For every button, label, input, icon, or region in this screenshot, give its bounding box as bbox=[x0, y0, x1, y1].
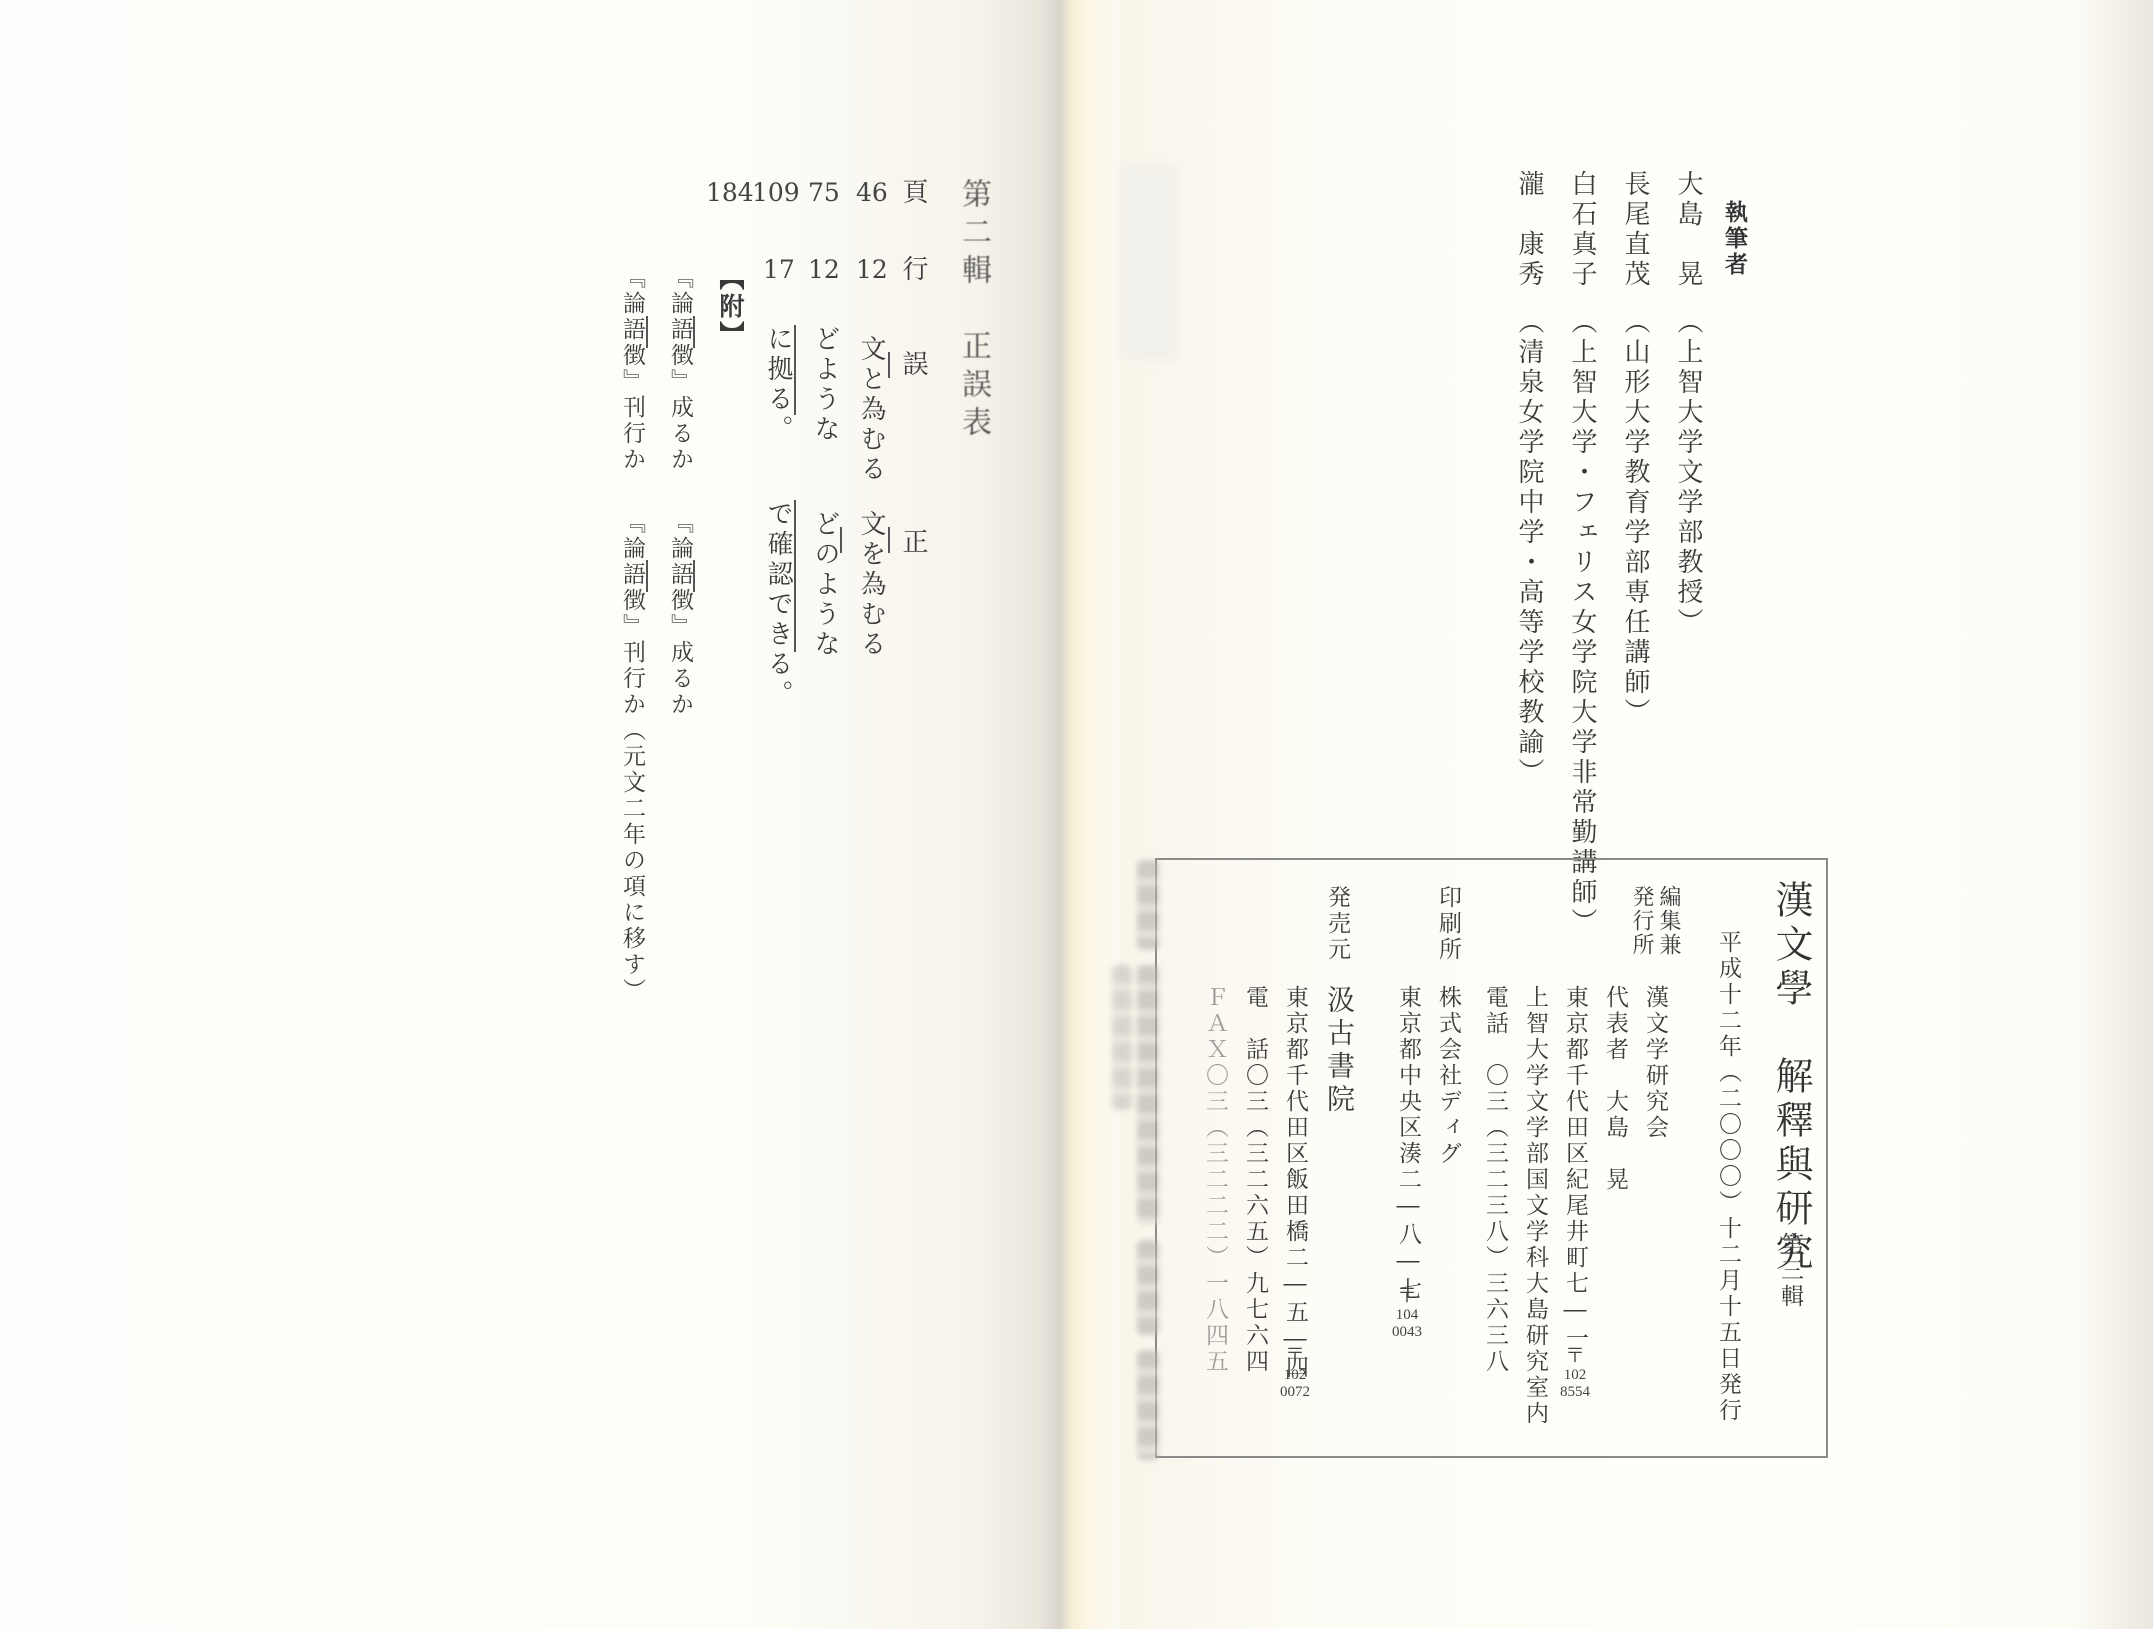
distributor-address: 東京都千代田区飯田橋二―五―四 bbox=[1283, 985, 1306, 1381]
bleed-through-mark bbox=[1137, 1240, 1159, 1335]
editor-representative: 代表者 大島 晃 bbox=[1603, 985, 1626, 1193]
book-title: 漢文學 解釋與研究 bbox=[1772, 880, 1810, 1276]
row-3-correct-sideline bbox=[794, 500, 796, 652]
zip-mark-icon: 〒 bbox=[1275, 1345, 1315, 1367]
authors-heading: 執筆者 bbox=[1723, 200, 1746, 278]
distributor-zip: 〒 102 0072 bbox=[1275, 1345, 1315, 1400]
editor-address: 東京都千代田区紀尾井町七―一 bbox=[1563, 985, 1586, 1352]
appendix-row-1-correct: 『論語徴』成るか bbox=[668, 510, 691, 718]
row-2-correct: どのような bbox=[812, 510, 838, 660]
appendix-row-1-wrong-sideline bbox=[693, 316, 695, 348]
author-3-affiliation: （上智大学・フェリス女学院大学非常勤講師） bbox=[1569, 308, 1595, 938]
row-2-page: 75 bbox=[808, 178, 840, 207]
row-2-correct-sideline bbox=[840, 527, 842, 553]
distributor-phone: 電 話〇三（三二六五）九七六四 bbox=[1243, 985, 1266, 1375]
editor-phone: 電話 〇三（三二三八）三六三八 bbox=[1483, 985, 1506, 1375]
row-1-correct-sideline bbox=[888, 527, 890, 553]
header-wrong: 誤 bbox=[900, 350, 926, 380]
author-4-affiliation: （清泉女学院中学・高等学校教諭） bbox=[1516, 308, 1542, 788]
printer-name: 株式会社ディグ bbox=[1436, 985, 1459, 1167]
errata-title: 第二輯 正誤表 bbox=[958, 178, 988, 444]
appendix-label: 【附】 bbox=[718, 265, 743, 349]
distributor-fax: ＦＡＸ〇三（三二二二）一八四五 bbox=[1203, 985, 1226, 1375]
printer-zip: 〒 104 0043 bbox=[1387, 1285, 1427, 1340]
bleed-through-mark bbox=[1137, 860, 1159, 950]
publication-date: 平成十二年（二〇〇〇）十二月十五日発行 bbox=[1716, 930, 1739, 1424]
row-3-wrong-sideline bbox=[794, 325, 796, 415]
appendix-row-2-correct: 『論語徴』刊行か（元文二年の項に移す） bbox=[620, 510, 643, 1004]
editor-office: 上智大学文学部国文学科大島研究室内 bbox=[1523, 985, 1546, 1427]
printer-address: 東京都中央区湊二―八―七 bbox=[1396, 985, 1419, 1303]
row-2-line: 12 bbox=[808, 255, 840, 284]
zip-mark-icon: 〒 bbox=[1387, 1285, 1427, 1307]
author-1-affiliation: （上智大学文学部教授） bbox=[1675, 308, 1701, 638]
author-1-name: 大島 晃 bbox=[1675, 170, 1701, 290]
appendix-row-2-wrong: 『論語徴』刊行か bbox=[620, 265, 643, 473]
appendix-row-1-correct-sideline bbox=[693, 560, 695, 592]
book-gutter bbox=[1040, 0, 1120, 1629]
appendix-row-2-correct-sideline bbox=[646, 560, 648, 592]
bleed-through-mark bbox=[1137, 1350, 1159, 1460]
row-1-correct: 文を為むる bbox=[858, 510, 884, 660]
row-3-wrong: に拠る。 bbox=[765, 325, 791, 445]
row-1-page: 46 bbox=[856, 178, 888, 207]
author-4-name: 瀧 康秀 bbox=[1516, 170, 1542, 290]
printer-label: 印刷所 bbox=[1436, 885, 1459, 963]
header-page: 頁 bbox=[900, 178, 926, 208]
header-correct: 正 bbox=[900, 528, 926, 558]
row-1-wrong-sideline bbox=[888, 352, 890, 378]
editor-zip: 〒 102 8554 bbox=[1555, 1345, 1595, 1400]
row-3-line: 17 bbox=[763, 255, 795, 284]
row-2-wrong: どような bbox=[812, 325, 838, 445]
left-page bbox=[0, 0, 1060, 1629]
editor-name: 漢文学研究会 bbox=[1643, 985, 1666, 1141]
author-3-name: 白石真子 bbox=[1569, 170, 1595, 290]
row-1-wrong: 文と為むる bbox=[858, 335, 884, 485]
author-2-name: 長尾直茂 bbox=[1622, 170, 1648, 290]
distributor-label: 発売元 bbox=[1325, 885, 1348, 963]
book-volume: 第三輯 bbox=[1778, 1232, 1801, 1310]
show-through-shadow bbox=[1120, 165, 1178, 360]
author-2-affiliation: （山形大学教育学部専任講師） bbox=[1622, 308, 1648, 728]
appendix-row-1-wrong: 『論語徴』成るか bbox=[668, 265, 691, 473]
distributor-name: 汲古書院 bbox=[1325, 985, 1353, 1117]
row-1-line: 12 bbox=[856, 255, 888, 284]
bleed-through-mark bbox=[1137, 965, 1159, 1225]
editor-label-1: 編集兼 bbox=[1657, 885, 1679, 957]
bleed-through-mark bbox=[1112, 965, 1132, 1110]
appendix-row-2-wrong-sideline bbox=[646, 316, 648, 348]
row-3-correct: で確認できる。 bbox=[765, 500, 791, 710]
row-4-page: 184 bbox=[706, 178, 754, 207]
row-3-page: 109 bbox=[752, 178, 800, 207]
header-line: 行 bbox=[900, 255, 926, 285]
zip-mark-icon: 〒 bbox=[1555, 1345, 1595, 1367]
editor-label-2: 発行所 bbox=[1630, 885, 1652, 957]
